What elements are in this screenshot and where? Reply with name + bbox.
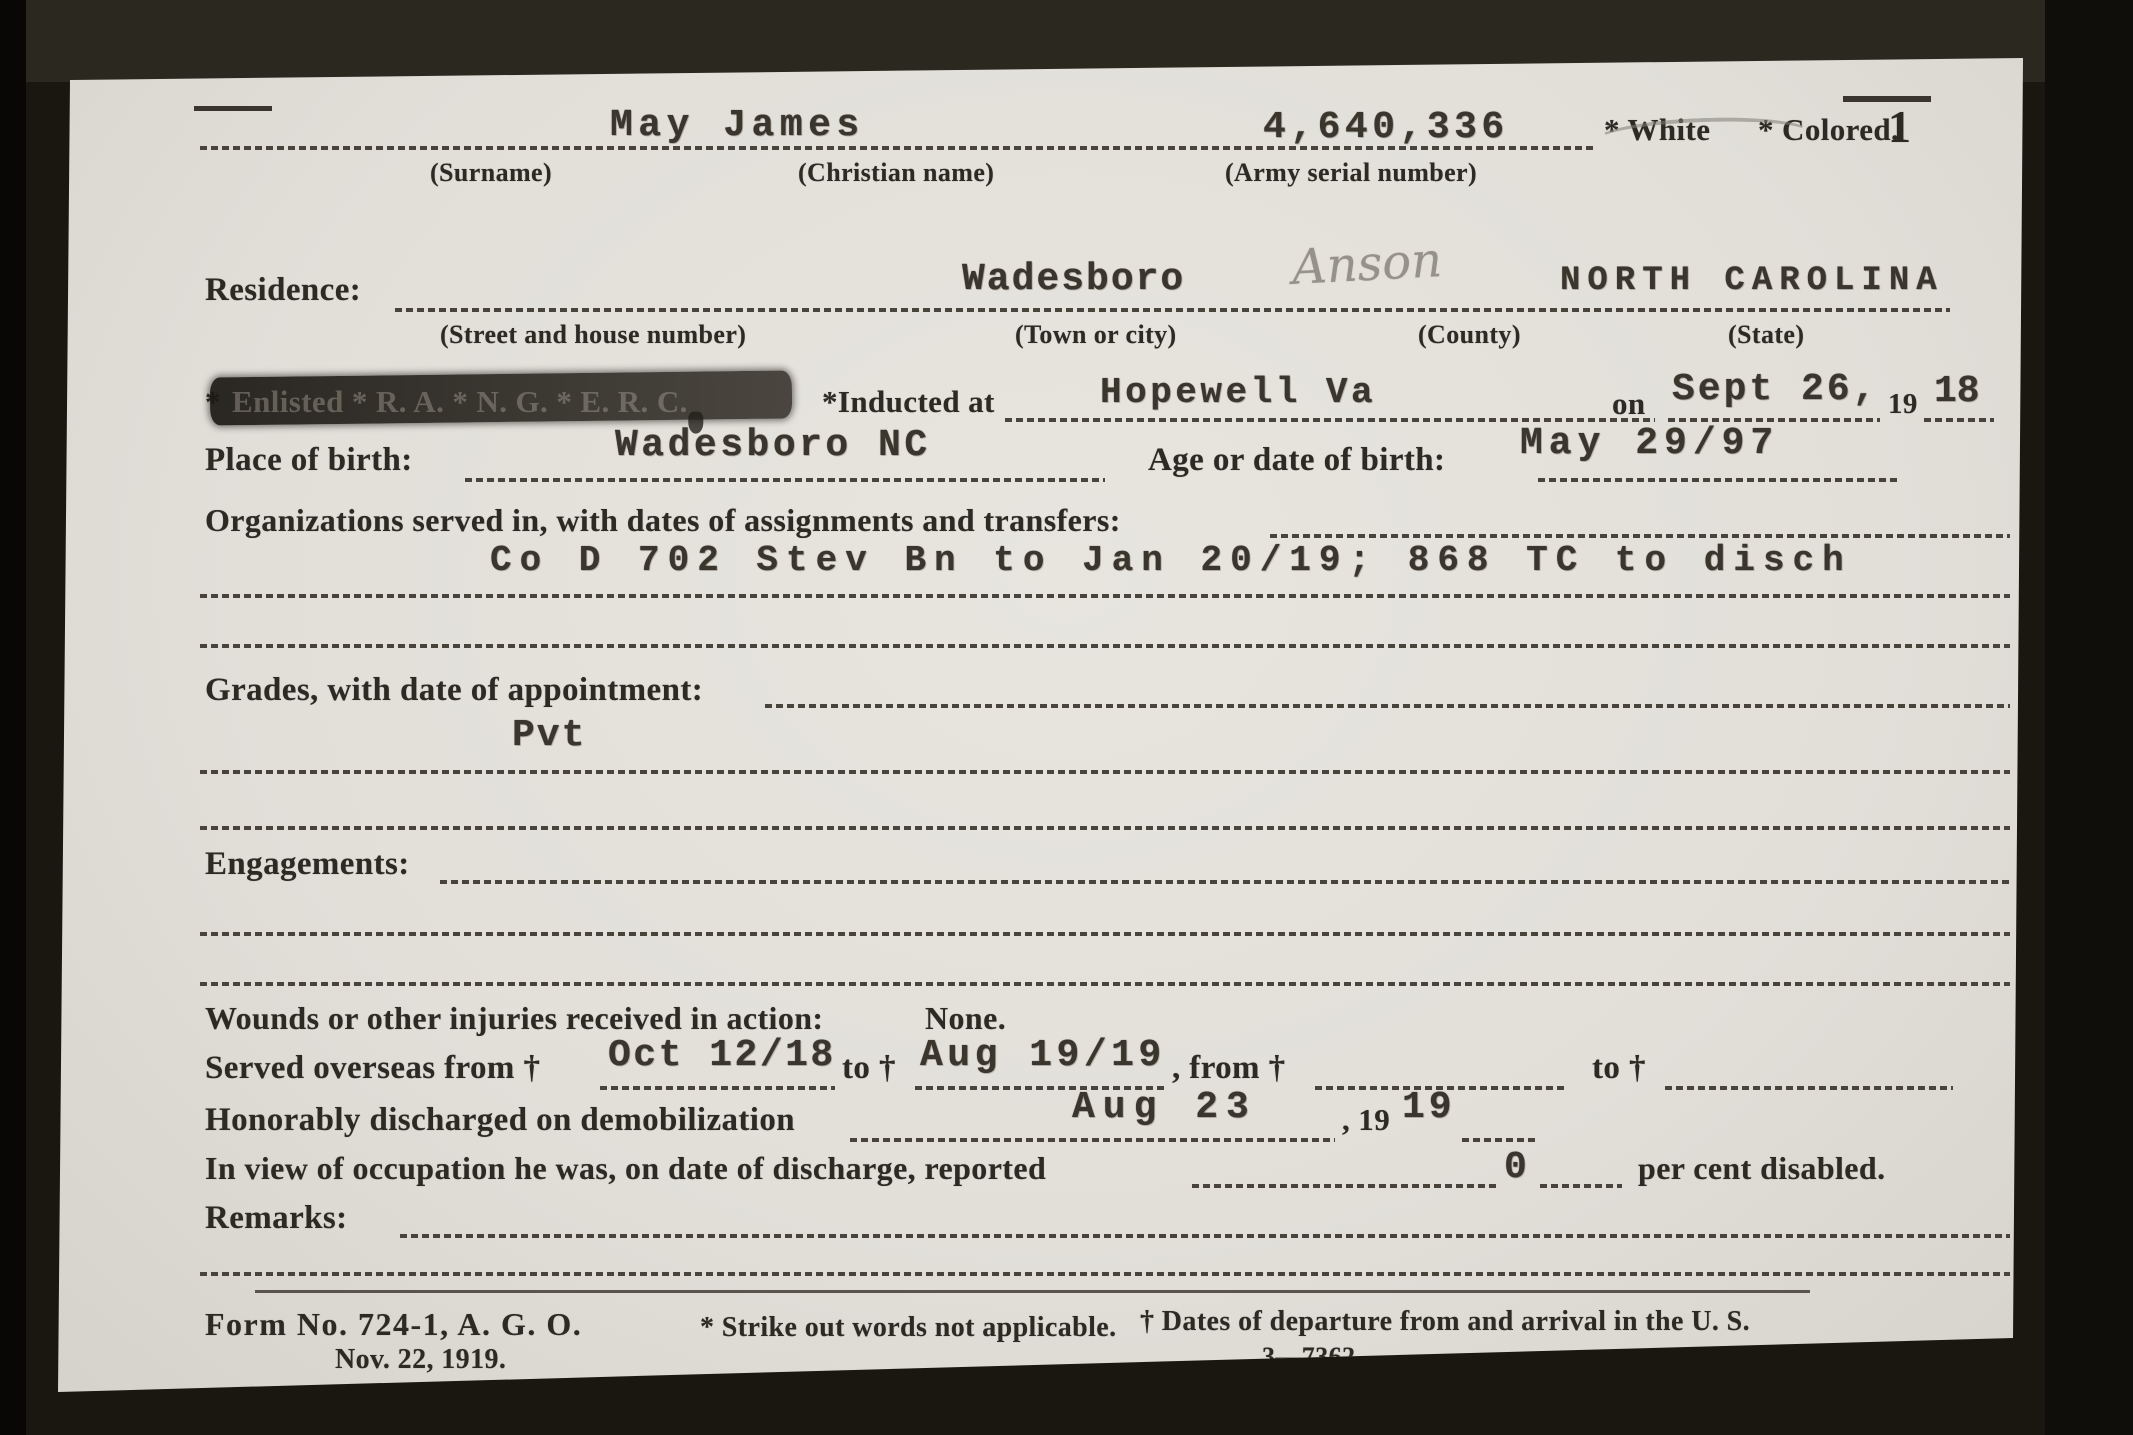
county-caption: (County) bbox=[1418, 320, 1521, 350]
rule-line bbox=[200, 982, 2010, 986]
discharge-year-typed: 19 bbox=[1402, 1086, 1456, 1129]
grades-label: Grades, with date of appointment: bbox=[205, 672, 703, 709]
footer-print-code: 3—7362 bbox=[1262, 1342, 1355, 1372]
overseas-to2-label: to † bbox=[1592, 1050, 1646, 1087]
rule-line bbox=[200, 932, 2010, 936]
residence-state-value: NORTH CAROLINA bbox=[1560, 262, 1944, 300]
name-rule bbox=[200, 146, 1595, 150]
disability-value: 0 bbox=[1504, 1146, 1527, 1189]
wounds-value: None. bbox=[925, 1000, 1006, 1037]
overseas-from2-label: , from † bbox=[1172, 1050, 1285, 1087]
surname-caption: (Surname) bbox=[430, 158, 552, 188]
age-value: May 29/97 bbox=[1520, 422, 1779, 465]
scan-background-right bbox=[2045, 0, 2133, 1435]
overseas-to2-rule bbox=[1665, 1086, 1953, 1090]
name-value: May James bbox=[610, 104, 865, 147]
inducted-on-label: on bbox=[1612, 386, 1646, 422]
record-card: 1 May James 4,640,336 * White * Colored.… bbox=[0, 0, 2133, 1435]
induction-date-value: Sept 26, bbox=[1672, 368, 1878, 411]
footer-form-number: Form No. 724-1, A. G. O. bbox=[205, 1306, 582, 1343]
overseas-to1-value: Aug 19/19 bbox=[920, 1034, 1166, 1077]
disability-label-pre: In view of occupation he was, on date of… bbox=[205, 1150, 1046, 1187]
scan-edge-strip bbox=[0, 0, 26, 1435]
inducted-at-label: *Inducted at bbox=[822, 384, 995, 420]
disability-label-post: per cent disabled. bbox=[1638, 1150, 1886, 1187]
footer-form-date: Nov. 22, 1919. bbox=[335, 1344, 506, 1376]
discharge-label: Honorably discharged on demobilization bbox=[205, 1102, 795, 1139]
wounds-label: Wounds or other injuries received in act… bbox=[205, 1000, 824, 1037]
christian-name-caption: (Christian name) bbox=[798, 158, 994, 188]
residence-label: Residence: bbox=[205, 272, 361, 309]
grades-value: Pvt bbox=[512, 714, 586, 757]
discharge-year-rule bbox=[1462, 1138, 1536, 1142]
overseas-to-label: to † bbox=[842, 1050, 896, 1087]
birth-place-rule bbox=[465, 478, 1105, 482]
state-caption: (State) bbox=[1728, 320, 1804, 350]
disability-rule-right bbox=[1540, 1184, 1622, 1188]
footer-dagger-note: † Dates of departure from and arrival in… bbox=[1140, 1306, 1750, 1338]
rule-line bbox=[200, 770, 2010, 774]
induction-year-rule bbox=[1924, 418, 1994, 422]
organizations-label: Organizations served in, with dates of a… bbox=[205, 502, 1121, 539]
organizations-rule bbox=[1270, 534, 2010, 538]
rule-line bbox=[200, 826, 2010, 830]
overseas-from1-rule bbox=[600, 1086, 835, 1090]
engagements-label: Engagements: bbox=[205, 846, 410, 883]
bottom-dotted-rule bbox=[200, 1272, 2010, 1276]
induction-year-printed: 19 bbox=[1888, 388, 1918, 421]
grades-rule bbox=[765, 704, 2010, 708]
residence-rule bbox=[395, 308, 1950, 312]
residence-town-value: Wadesboro bbox=[962, 258, 1185, 301]
age-label: Age or date of birth: bbox=[1148, 442, 1445, 479]
induction-year-typed: 18 bbox=[1934, 370, 1980, 413]
bottom-solid-rule bbox=[255, 1290, 1810, 1293]
engagements-rule bbox=[440, 880, 2010, 884]
inducted-place-value: Hopewell Va bbox=[1100, 372, 1376, 413]
rule-line bbox=[200, 644, 2010, 648]
rule-line bbox=[200, 594, 2010, 598]
remarks-label: Remarks: bbox=[205, 1200, 348, 1237]
disability-rule-left bbox=[1192, 1184, 1500, 1188]
birth-place-value: Wadesboro NC bbox=[615, 424, 931, 467]
discharge-date-value: Aug 23 bbox=[1072, 1086, 1257, 1129]
footer-strike-note: * Strike out words not applicable. bbox=[700, 1312, 1117, 1344]
discharge-date-rule bbox=[850, 1138, 1335, 1142]
age-rule bbox=[1538, 478, 1898, 482]
town-caption: (Town or city) bbox=[1015, 320, 1177, 350]
street-caption: (Street and house number) bbox=[440, 320, 746, 350]
scanned-service-record: 1 May James 4,640,336 * White * Colored.… bbox=[0, 0, 2133, 1435]
enlisted-struck-text: Enlisted * R. A. * N. G. * E. R. C. bbox=[232, 384, 688, 420]
overseas-label: Served overseas from † bbox=[205, 1050, 540, 1087]
residence-county-handwritten: Anson bbox=[1291, 232, 1444, 296]
birth-place-label: Place of birth: bbox=[205, 442, 413, 479]
serial-caption: (Army serial number) bbox=[1225, 158, 1477, 188]
overseas-from1-value: Oct 12/18 bbox=[608, 1034, 836, 1077]
organizations-value: Co D 702 Stev Bn to Jan 20/19; 868 TC to… bbox=[490, 540, 1852, 581]
discharge-year-printed: , 19 bbox=[1342, 1102, 1390, 1138]
top-right-dash-mark bbox=[1843, 96, 1931, 102]
serial-number-value: 4,640,336 bbox=[1263, 106, 1509, 149]
top-left-dash-mark bbox=[194, 106, 272, 111]
remarks-rule bbox=[400, 1234, 2010, 1238]
